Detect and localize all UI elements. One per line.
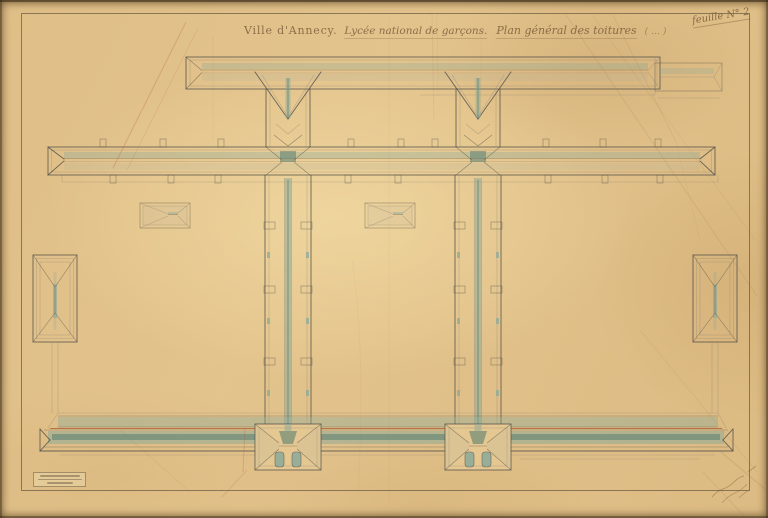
title-city: Ville d'Annecy. xyxy=(244,24,337,37)
scan-edge-left xyxy=(0,0,2,518)
archive-stamp xyxy=(33,472,86,487)
title-building: Lycée national de garçons. xyxy=(344,25,487,39)
stamp-text-line xyxy=(40,475,80,477)
scanned-plan-sheet: Ville d'Annecy.Lycée national de garçons… xyxy=(0,0,768,518)
stamp-text-line xyxy=(38,479,82,481)
title-drawing: Plan général des toitures xyxy=(496,24,636,39)
title-block: Ville d'Annecy.Lycée national de garçons… xyxy=(244,19,666,38)
stamp-text-line xyxy=(47,482,73,484)
scan-edge-top xyxy=(0,0,768,2)
sheet-border-frame xyxy=(21,13,750,491)
title-suffix: ( … ) xyxy=(645,27,667,37)
